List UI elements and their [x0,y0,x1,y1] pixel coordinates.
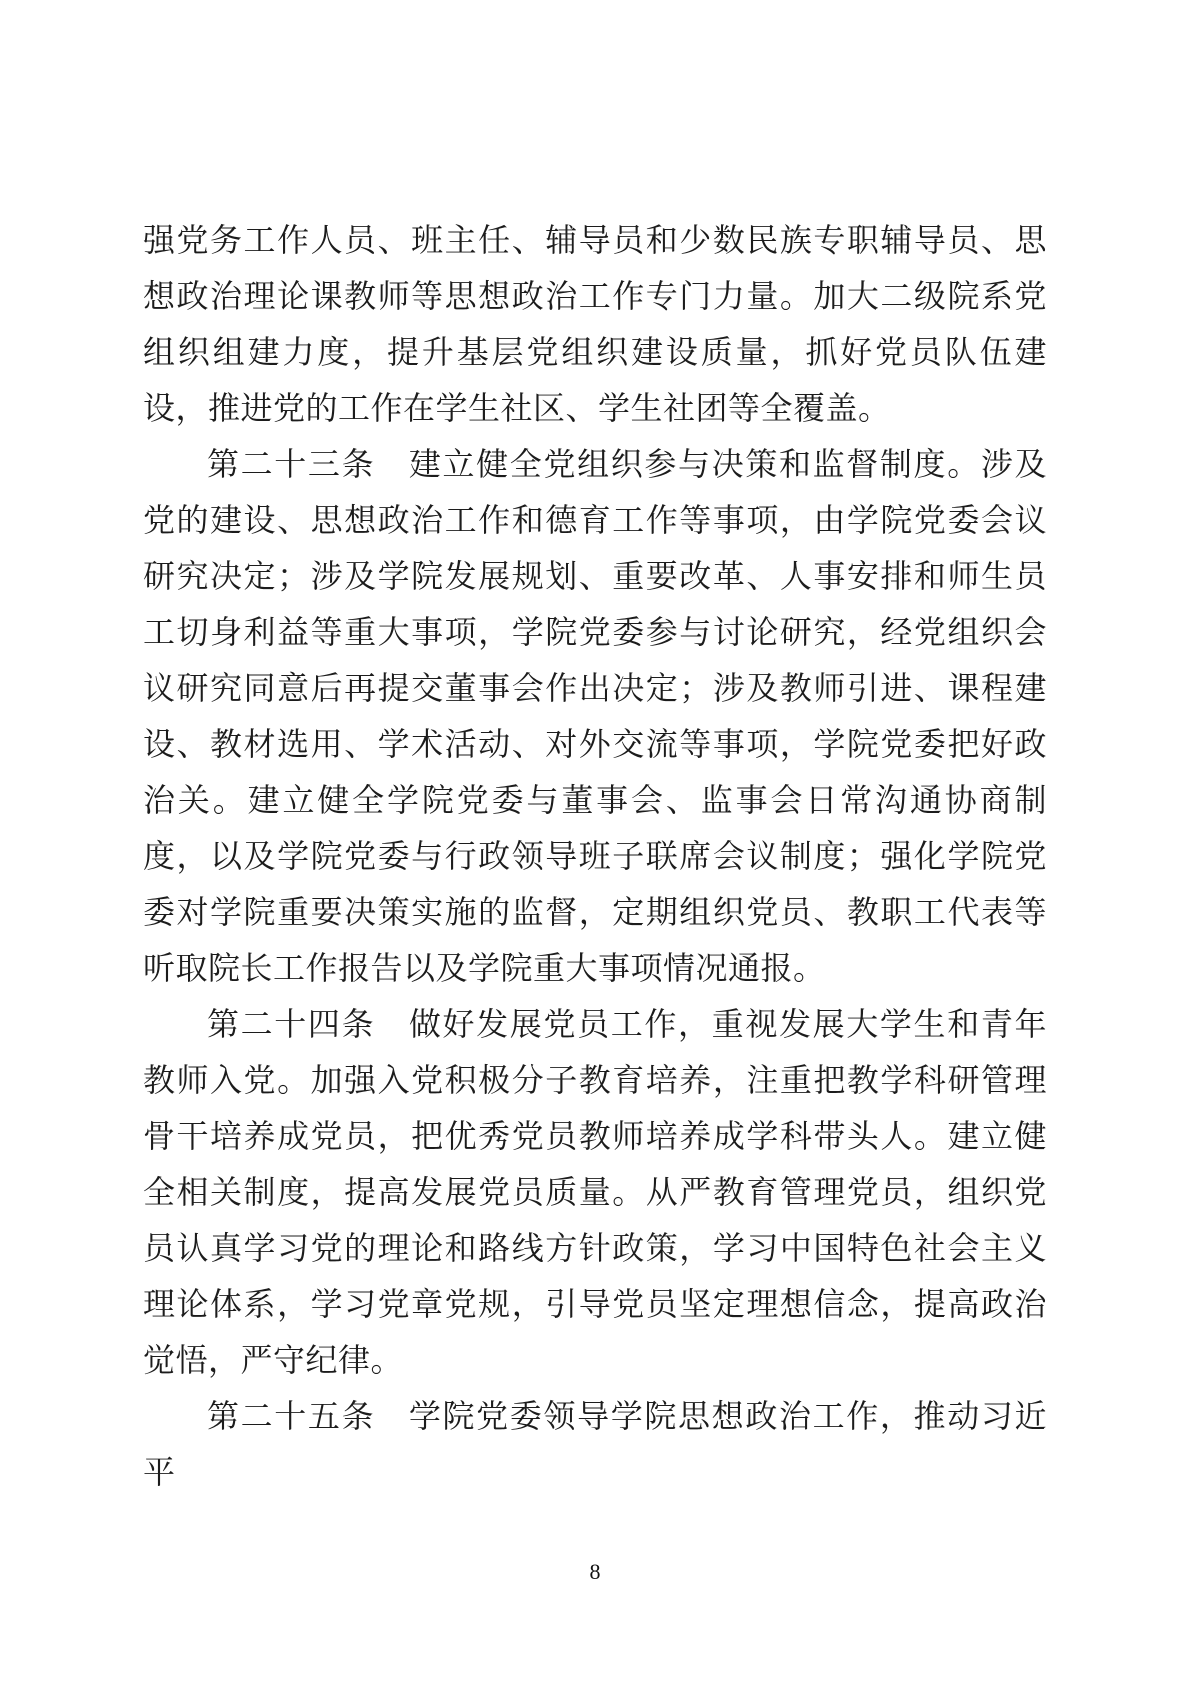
paragraph-article-24: 第二十四条 做好发展党员工作，重视发展大学生和青年教师入党。加强入党积极分子教育… [143,996,1047,1388]
paragraph-continuation: 强党务工作人员、班主任、辅导员和少数民族专职辅导员、思想政治理论课教师等思想政治… [143,212,1047,436]
document-body: 强党务工作人员、班主任、辅导员和少数民族专职辅导员、思想政治理论课教师等思想政治… [143,212,1047,1500]
document-page: 强党务工作人员、班主任、辅导员和少数民族专职辅导员、思想政治理论课教师等思想政治… [0,0,1190,1683]
page-number: 8 [0,1558,1190,1586]
paragraph-article-25: 第二十五条 学院党委领导学院思想政治工作，推动习近平 [143,1388,1047,1500]
paragraph-article-23: 第二十三条 建立健全党组织参与决策和监督制度。涉及党的建设、思想政治工作和德育工… [143,436,1047,996]
